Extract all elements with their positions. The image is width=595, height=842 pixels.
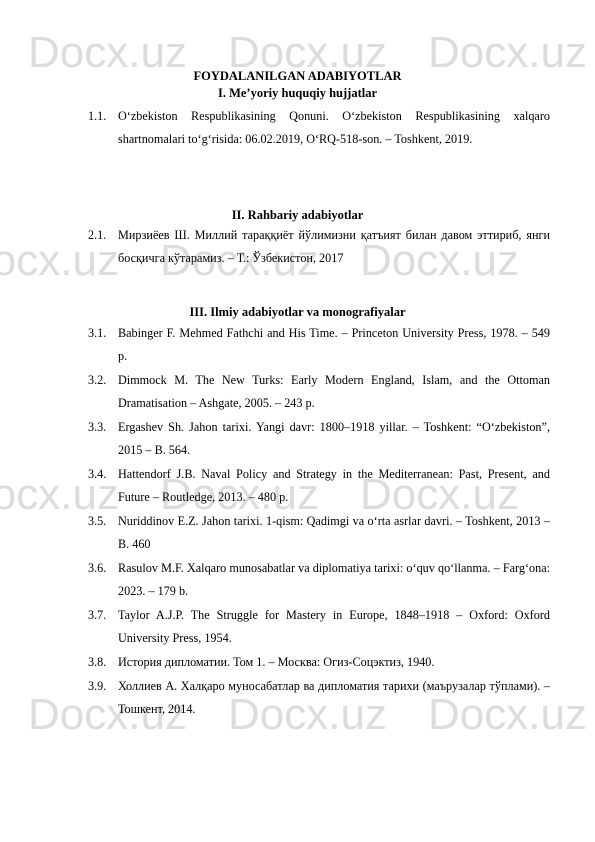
reference-text: История дипломатии. Том 1. – Москва: Оги…: [118, 651, 550, 674]
reference-item: 3.4. Hattendorf J.B. Naval Policy and St…: [88, 463, 550, 509]
reference-text: Hattendorf J.B. Naval Policy and Strateg…: [118, 463, 550, 509]
page-title: FOYDALANILGAN ADABIYOTLAR: [0, 69, 595, 84]
section-heading: II. Rahbariy adabiyotlar: [0, 208, 595, 223]
reference-number: 1.1.: [88, 105, 118, 128]
section-heading: III. Ilmiy adabiyotlar va monografiyalar: [0, 305, 595, 320]
reference-item: 3.6. Rasulov M.F. Xalqaro munosabatlar v…: [88, 557, 550, 603]
reference-number: 2.1.: [88, 224, 118, 247]
reference-text: Nuriddinov E.Z. Jahon tarixi. 1-qism: Qa…: [118, 510, 550, 556]
reference-text: Ergashev Sh. Jahon tarixi. Yangi davr: 1…: [118, 416, 550, 462]
reference-item: 3.1. Babinger F. Mehmed Fathchi and His …: [88, 322, 550, 368]
document-page: FOYDALANILGAN ADABIYOTLAR I. Me’yoriy hu…: [0, 0, 595, 842]
reference-item: 3.7. Taylor A.J.P. The Struggle for Mast…: [88, 604, 550, 650]
reference-item: 3.5. Nuriddinov E.Z. Jahon tarixi. 1-qis…: [88, 510, 550, 556]
reference-number: 3.5.: [88, 510, 118, 533]
reference-number: 3.3.: [88, 416, 118, 439]
reference-item: 3.3. Ergashev Sh. Jahon tarixi. Yangi da…: [88, 416, 550, 462]
reference-number: 3.4.: [88, 463, 118, 486]
reference-text: Taylor A.J.P. The Struggle for Mastery i…: [118, 604, 550, 650]
reference-item: 1.1. O‘zbekiston Respublikasining Qonuni…: [88, 105, 550, 151]
reference-item: 3.8. История дипломатии. Том 1. – Москва…: [88, 651, 550, 674]
reference-number: 3.8.: [88, 651, 118, 674]
reference-text: Babinger F. Mehmed Fathchi and His Time.…: [118, 322, 550, 368]
reference-number: 3.7.: [88, 604, 118, 627]
reference-text: O‘zbekiston Respublikasining Qonuni. O‘z…: [118, 105, 550, 151]
reference-number: 3.6.: [88, 557, 118, 580]
reference-text: Холлиев А. Халқаро муносабатлар ва дипло…: [118, 675, 550, 721]
section-heading: I. Me’yoriy huquqiy hujjatlar: [0, 86, 595, 101]
reference-item: 2.1. Мирзиёев Ш. Миллий тараққиёт йўлими…: [88, 224, 550, 270]
reference-item: 3.2. Dimmock M. The New Turks: Early Mod…: [88, 369, 550, 415]
reference-text: Dimmock M. The New Turks: Early Modern E…: [118, 369, 550, 415]
reference-number: 3.2.: [88, 369, 118, 392]
reference-number: 3.1.: [88, 322, 118, 345]
reference-item: 3.9. Холлиев А. Халқаро муносабатлар ва …: [88, 675, 550, 721]
reference-number: 3.9.: [88, 675, 118, 698]
reference-text: Rasulov M.F. Xalqaro munosabatlar va dip…: [118, 557, 550, 603]
reference-text: Мирзиёев Ш. Миллий тараққиёт йўлимизни қ…: [118, 224, 550, 270]
